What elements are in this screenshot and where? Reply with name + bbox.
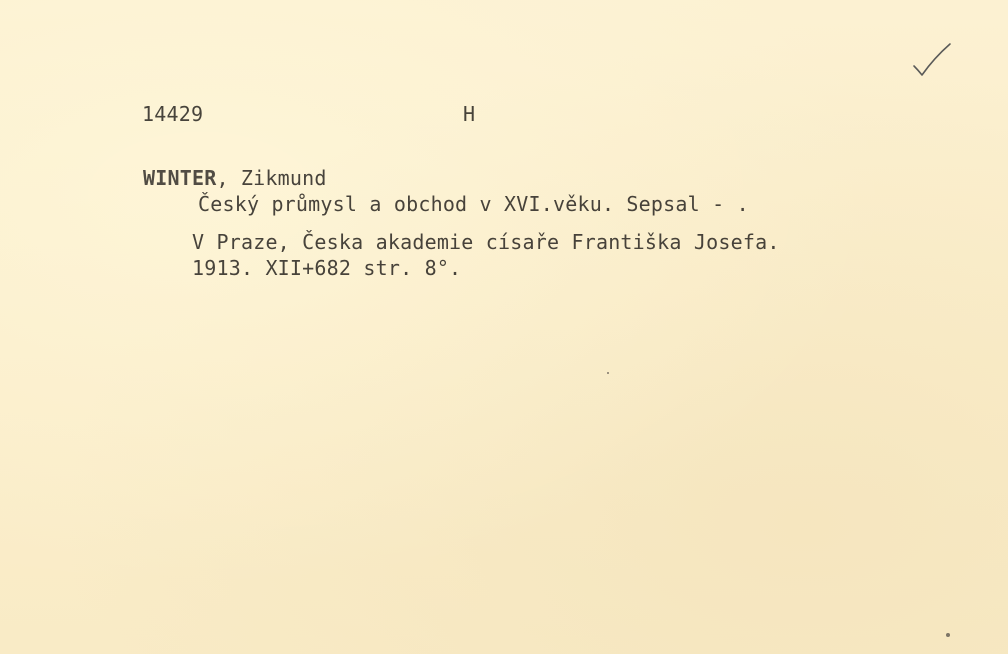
- paper-speck: [946, 633, 950, 637]
- imprint-publisher: V Praze, Česka akademie císaře Františka…: [192, 230, 780, 254]
- imprint-details: 1913. XII+682 str. 8°.: [192, 256, 461, 280]
- catalog-card: 14429 H WINTER, Zikmund Český průmysl a …: [0, 0, 1008, 654]
- section-letter: H: [463, 102, 475, 126]
- book-title: Český průmysl a obchod v XVI.věku. Sepsa…: [198, 192, 749, 216]
- call-number: 14429: [142, 102, 203, 126]
- author-surname: WINTER: [143, 166, 216, 190]
- author-given-name: , Zikmund: [216, 166, 326, 190]
- paper-speck: [607, 372, 609, 374]
- checkmark-icon: [910, 40, 954, 80]
- author-heading: WINTER, Zikmund: [143, 166, 327, 190]
